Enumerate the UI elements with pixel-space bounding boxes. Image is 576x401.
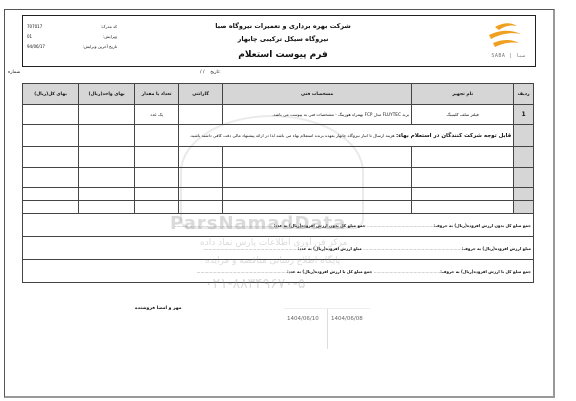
empty-cell <box>79 188 135 201</box>
supplier-note: قابل توجه شرکت کنندگان در استعلام بهاء: … <box>179 125 514 147</box>
publish-date: 1404/06/08 <box>331 316 363 322</box>
col-row-number: ردیف <box>514 84 534 105</box>
row-number-empty <box>514 168 534 188</box>
empty-cell <box>179 188 223 201</box>
revision-label: ویرایش: <box>103 32 117 42</box>
empty-cell <box>223 188 412 201</box>
warranty-cell[interactable] <box>179 105 223 125</box>
empty-cell <box>23 188 79 201</box>
empty-cell <box>23 201 79 214</box>
stamp-divider <box>327 309 328 349</box>
row-number-empty <box>514 125 534 147</box>
empty-cell <box>79 168 135 188</box>
empty-cell <box>135 201 179 214</box>
doc-code-label: کد مدرک: <box>101 22 117 32</box>
saba-logo-icon: SABA | صبا <box>481 21 529 61</box>
col-quantity: تعداد یا مقدار <box>135 84 179 105</box>
company-name: شرکت بهره برداری و تعمیرات نیروگاه صبا <box>173 20 393 33</box>
watermark-line2: پایگاه اطلاع رسانی مناقصه و مزایده <box>205 256 340 266</box>
empty-cell <box>412 168 514 188</box>
deadline-date: 1404/06/10 <box>287 316 319 322</box>
header-titles: شرکت بهره برداری و تعمیرات نیروگاه صبا ن… <box>173 20 393 64</box>
form-title: فرم پیوست استعلام <box>173 46 393 64</box>
watermark-line1: مرکز فن آوری اطلاعات پارس نماد داده <box>200 238 347 248</box>
empty-cell <box>23 168 79 188</box>
items-table: ردیف نام تجهیز مشخصات فنی گارانتی تعداد … <box>22 83 534 283</box>
date-stamp: 1404/06/10 1404/06/08 <box>284 308 370 349</box>
empty-cell <box>135 125 179 147</box>
watermark-phone: ۰۲۱-۸۸۳۴۹۶۷۰-۵ <box>205 276 305 292</box>
vat-letters-label: مبلغ ارزش افزوده(ریال) به حروف: <box>462 246 531 251</box>
equipment-name: فیلتر سلف کلینینگ <box>412 105 514 125</box>
empty-cell <box>79 201 135 214</box>
empty-row <box>23 201 534 214</box>
plant-name: نیروگاه سیکل ترکیبی چابهار <box>173 33 393 46</box>
empty-cell <box>412 147 514 168</box>
empty-cell <box>79 147 135 168</box>
revision-value: 01 <box>27 32 32 42</box>
empty-cell <box>135 188 179 201</box>
total-price-cell[interactable] <box>23 105 79 125</box>
empty-cell <box>223 147 412 168</box>
empty-cell <box>135 147 179 168</box>
empty-cell <box>23 147 79 168</box>
doc-code-value: 707017 <box>27 22 42 32</box>
net-total-letters-label: جمع مبلغ کل بدون ارزش افزوده(ریال) به حر… <box>434 223 531 228</box>
empty-cell <box>23 125 79 147</box>
row-number: 1 <box>514 105 534 125</box>
col-technical-spec: مشخصات فنی <box>223 84 412 105</box>
table-row: 1 فیلتر سلف کلینینگ برند FLUYTEC مدل FCP… <box>23 105 534 125</box>
empty-cell <box>223 168 412 188</box>
document-meta: کد مدرک:707017 ویرایش:01 تاریخ آخرین ویر… <box>27 22 117 52</box>
empty-cell <box>135 168 179 188</box>
technical-spec: برند FLUYTEC مدل FCP بهمراه هوزینگ - مشخ… <box>223 105 412 125</box>
table-header-row: ردیف نام تجهیز مشخصات فنی گارانتی تعداد … <box>23 84 534 105</box>
gross-total-letters-label: جمع مبلغ کل با ارزش افزوده(ریال) به حروف… <box>440 269 531 274</box>
empty-cell <box>179 147 223 168</box>
seller-signature-label: مهر و امضا فروشنده <box>135 306 182 311</box>
empty-cell <box>412 188 514 201</box>
col-warranty: گارانتی <box>179 84 223 105</box>
form-header: کد مدرک:707017 ویرایش:01 تاریخ آخرین ویر… <box>22 15 536 67</box>
empty-cell <box>179 201 223 214</box>
date-label: تاریخ: <box>210 70 221 75</box>
row-number-empty <box>514 201 534 214</box>
col-total-price: بهای کل(ریال) <box>23 84 79 105</box>
row-number-empty <box>514 188 534 201</box>
empty-cell <box>79 125 135 147</box>
unit-price-cell[interactable] <box>79 105 135 125</box>
note-title: قابل توجه شرکت کنندگان در استعلام بهاء: <box>396 133 511 139</box>
gross-total-digits-label: جمع مبلغ کل با ارزش افزوده(ریال) به عدد: <box>287 269 372 274</box>
note-text: هزینه ارسال تا انبار نیروگاه چابهار بعهد… <box>190 133 395 138</box>
watermark-brand: ParsNamadData <box>170 213 346 234</box>
row-number-empty <box>514 147 534 168</box>
quantity: یک عدد <box>135 105 179 125</box>
date-field: / / تاریخ: <box>200 70 221 75</box>
last-revision-date-value: 94/06/17 <box>27 42 45 52</box>
empty-row <box>23 147 534 168</box>
empty-row <box>23 168 534 188</box>
empty-cell <box>412 201 514 214</box>
empty-cell <box>179 168 223 188</box>
empty-cell <box>223 201 412 214</box>
empty-row <box>23 188 534 201</box>
col-unit-price: بهای واحد(ریال) <box>79 84 135 105</box>
note-row: قابل توجه شرکت کنندگان در استعلام بهاء: … <box>23 125 534 147</box>
date-value: / / <box>200 70 204 75</box>
number-label: شماره <box>8 70 20 75</box>
col-equipment-name: نام تجهیز <box>412 84 514 105</box>
last-revision-date-label: تاریخ آخرین ویرایش: <box>83 42 117 52</box>
logo-text: SABA | صبا <box>491 53 525 59</box>
